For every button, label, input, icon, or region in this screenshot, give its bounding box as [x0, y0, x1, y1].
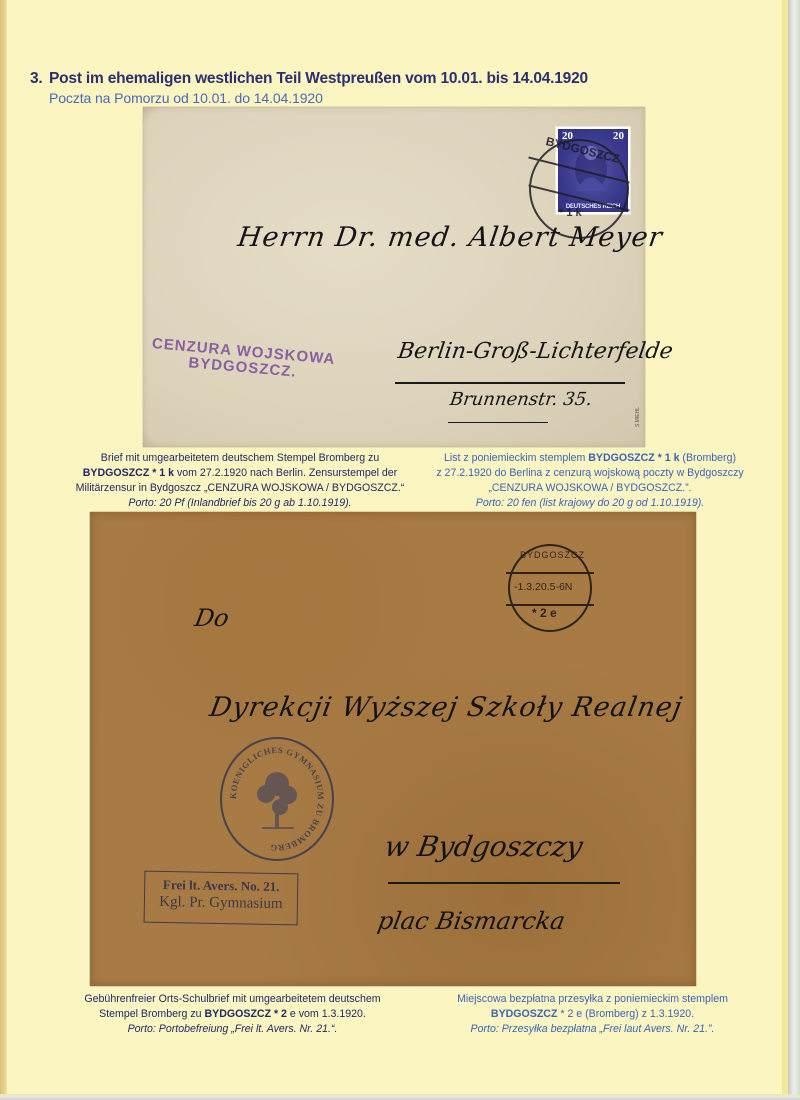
caption-text: List z poniemieckim stemplem [444, 452, 588, 464]
scan-margin-bottom [0, 1094, 800, 1100]
caption-line: Miejscowa bezpłatna przesyłka z poniemie… [400, 992, 785, 1007]
address-street: Brunnenstr. 35. [449, 389, 594, 410]
caption-line: List z poniemieckim stemplem BYDGOSZCZ *… [405, 451, 775, 466]
oak-tree-seal-icon: KOENIGLICHES GYMNASIUM ZU BROMBERG [222, 739, 332, 859]
address-underline [395, 382, 625, 384]
address-city: Berlin-Groß-Lichterfelde [396, 339, 674, 364]
box-stamp-line-2: Kgl. Pr. Gymnasium [145, 894, 297, 914]
caption-line: Militärzensur in Bydgoszcz „CENZURA WOJS… [55, 481, 425, 496]
caption-line: „CENZURA WOJSKOWA / BYDGOSZCZ.”. [405, 481, 775, 496]
address-underline [448, 422, 548, 423]
caption-text: Stempel Bromberg zu [99, 1008, 204, 1020]
scan-margin-right [788, 0, 800, 1100]
caption-porto-text: Porto: 20 Pf (Inlandbrief bis 20 g ab 1.… [128, 497, 351, 509]
censor-mark: CENZURA WOJSKOWA BYDGOSZCZ. [150, 336, 336, 383]
address-salutation: Do [193, 604, 232, 632]
caption-postmark-bold: BYDGOSZCZ * 1 k [588, 452, 679, 464]
address-city: w Bydgoszczy [382, 830, 585, 863]
cover-2-envelope: BYDGOSZCZ -1.3.20.5-6N * 2 e Do Dyrekcji… [90, 512, 696, 986]
address-recipient: Herrn Dr. med. Albert Meyer [236, 222, 665, 253]
caption-porto-text: Porto: 20 fen (list krajowy do 20 g od 1… [476, 497, 705, 509]
caption-porto: Porto: Przesyłka bezpłatna „Frei laut Av… [400, 1022, 785, 1037]
caption-line: z 27.2.1920 do Berlina z cenzurą wojskow… [405, 466, 775, 481]
caption-1-de: Brief mit umgearbeitetem deutschem Stemp… [55, 451, 425, 511]
school-seal: KOENIGLICHES GYMNASIUM ZU BROMBERG [220, 737, 334, 861]
section-title-text: Post im ehemaligen westlichen Teil Westp… [49, 70, 588, 87]
section-title-pl: Poczta na Pomorzu od 10.01. do 14.04.192… [49, 90, 323, 106]
postmark-code: * 2 e [532, 606, 557, 620]
caption-text: * 2 e (Bromberg) z 1.3.1920. [557, 1008, 694, 1020]
address-street: plac Bismarcka [376, 907, 568, 935]
caption-porto: Porto: Portobefreiung „Frei lt. Avers. N… [40, 1022, 425, 1037]
caption-text: vom 27.2.1920 nach Berlin. Zensurstempel… [174, 467, 397, 479]
caption-postmark-bold: BYDGOSZCZ [491, 1008, 558, 1020]
postmark-code: * 1 k [559, 207, 582, 219]
caption-line: Brief mit umgearbeitetem deutschem Stemp… [55, 451, 425, 466]
caption-postmark-bold: BYDGOSZCZ * 2 [205, 1008, 287, 1020]
seal-text: KOENIGLICHES GYMNASIUM ZU BROMBERG [228, 745, 326, 853]
caption-line: BYDGOSZCZ * 1 k vom 27.2.1920 nach Berli… [55, 466, 425, 481]
caption-porto: Porto: 20 fen (list krajowy do 20 g od 1… [405, 496, 775, 511]
caption-2-pl: Miejscowa bezpłatna przesyłka z poniemie… [400, 992, 785, 1037]
box-stamp-line-1: Frei lt. Avers. No. 21. [145, 877, 297, 896]
caption-1-pl: List z poniemieckim stemplem BYDGOSZCZ *… [405, 451, 775, 511]
svg-text:KOENIGLICHES GYMNASIUM ZU BROM: KOENIGLICHES GYMNASIUM ZU BROMBERG [228, 745, 326, 853]
free-postage-box-stamp: Frei lt. Avers. No. 21. Kgl. Pr. Gymnasi… [144, 871, 299, 926]
caption-porto-text: Porto: Portobefreiung „Frei lt. Avers. N… [128, 1023, 338, 1035]
address-recipient: Dyrekcji Wyższej Szkoły Realnej [207, 692, 685, 723]
caption-line: Stempel Bromberg zu BYDGOSZCZ * 2 e vom … [40, 1007, 425, 1022]
page-binding-strip [0, 0, 7, 1094]
cover-1-envelope: 20 20 DEUTSCHES REICH BYDGOSZCZ * 1 k He… [143, 107, 645, 447]
caption-line: BYDGOSZCZ * 2 e (Bromberg) z 1.3.1920. [400, 1007, 785, 1022]
caption-text: e vom 1.3.1920. [287, 1008, 366, 1020]
caption-line: Gebührenfreier Orts-Schulbrief mit umgea… [40, 992, 425, 1007]
printer-imprint: S.MIEHL [635, 407, 641, 427]
caption-postmark-bold: BYDGOSZCZ * 1 k [83, 467, 174, 479]
postmark-date: -1.3.20.5-6N [514, 581, 572, 593]
caption-2-de: Gebührenfreier Orts-Schulbrief mit umgea… [40, 992, 425, 1037]
caption-porto: Porto: 20 Pf (Inlandbrief bis 20 g ab 1.… [55, 496, 425, 511]
postmark-bydgoszcz-2e: BYDGOSZCZ -1.3.20.5-6N * 2 e [508, 544, 592, 632]
caption-porto-text: Porto: Przesyłka bezpłatna „Frei laut Av… [471, 1023, 715, 1035]
address-underline [388, 882, 620, 884]
section-title-de: 3.Post im ehemaligen westlichen Teil Wes… [30, 70, 588, 88]
section-number: 3. [30, 70, 49, 88]
caption-text: (Bromberg) [679, 452, 736, 464]
postmark-town: BYDGOSZCZ [520, 550, 585, 560]
